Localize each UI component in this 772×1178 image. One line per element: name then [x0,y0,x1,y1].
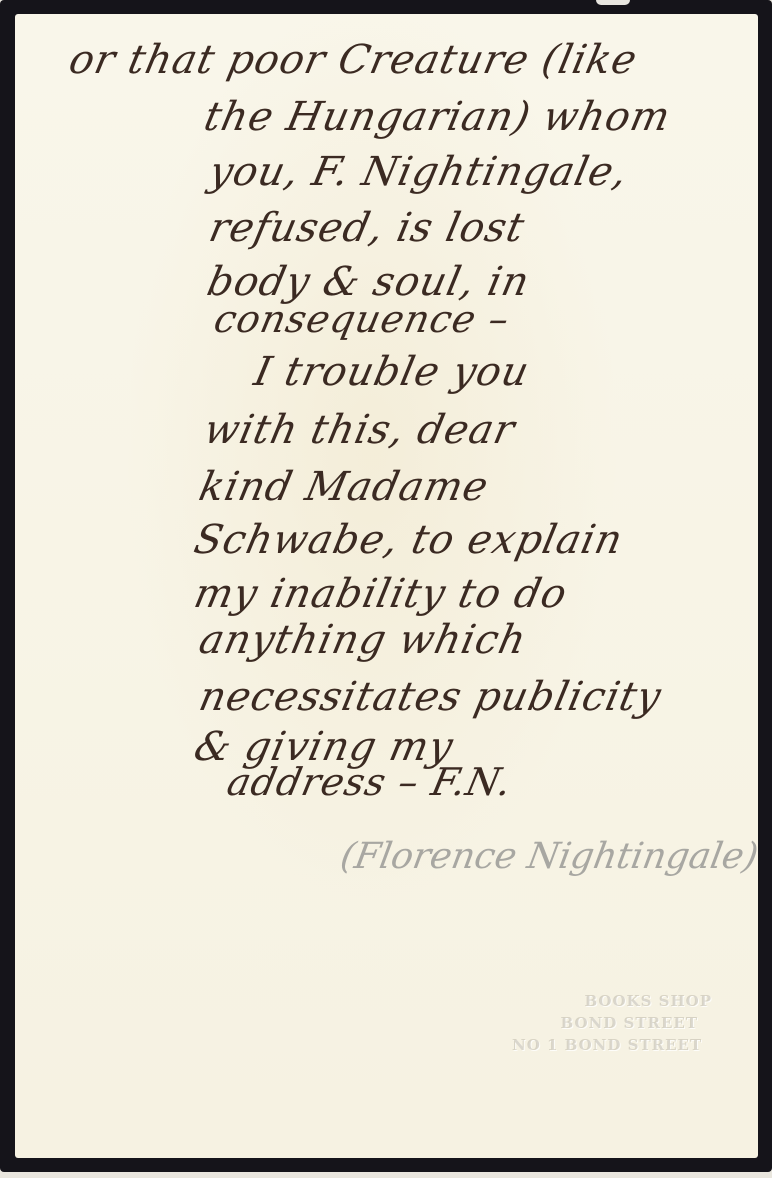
emboss-line: NO 1 BOND STREET [512,1034,674,1056]
pencil-annotation: (Florence Nightingale) [337,836,761,877]
handwritten-line: kind Madame [196,467,492,507]
handwritten-line: the Hungarian) whom [201,97,674,137]
handwritten-line: my inability to do [191,574,571,614]
handwritten-line: body & soul, in [204,262,534,302]
emboss-line: BOND STREET [512,1012,698,1034]
embossed-stamp: BOOKS SHOP BOND STREET NO 1 BOND STREET [512,990,712,1056]
handwritten-line: with this, dear [201,410,519,450]
handwritten-line: refused, is lost [206,208,529,248]
document-frame: or that poor Creature (likethe Hungarian… [0,0,772,1172]
frame-notch [596,0,630,5]
handwritten-line: consequence – [211,300,513,338]
handwritten-line: or that poor Creature (like [66,40,641,80]
handwritten-line: address – F.N. [224,763,516,801]
letter-sheet: or that poor Creature (likethe Hungarian… [15,14,758,1158]
handwritten-line: anything which [196,620,530,660]
handwritten-line: Schwabe, to explain [191,520,627,560]
handwritten-line: you, F. Nightingale, [206,152,632,192]
handwritten-line: necessitates publicity [196,677,665,717]
handwritten-line: I trouble you [251,352,533,392]
emboss-line: BOOKS SHOP [512,990,712,1012]
